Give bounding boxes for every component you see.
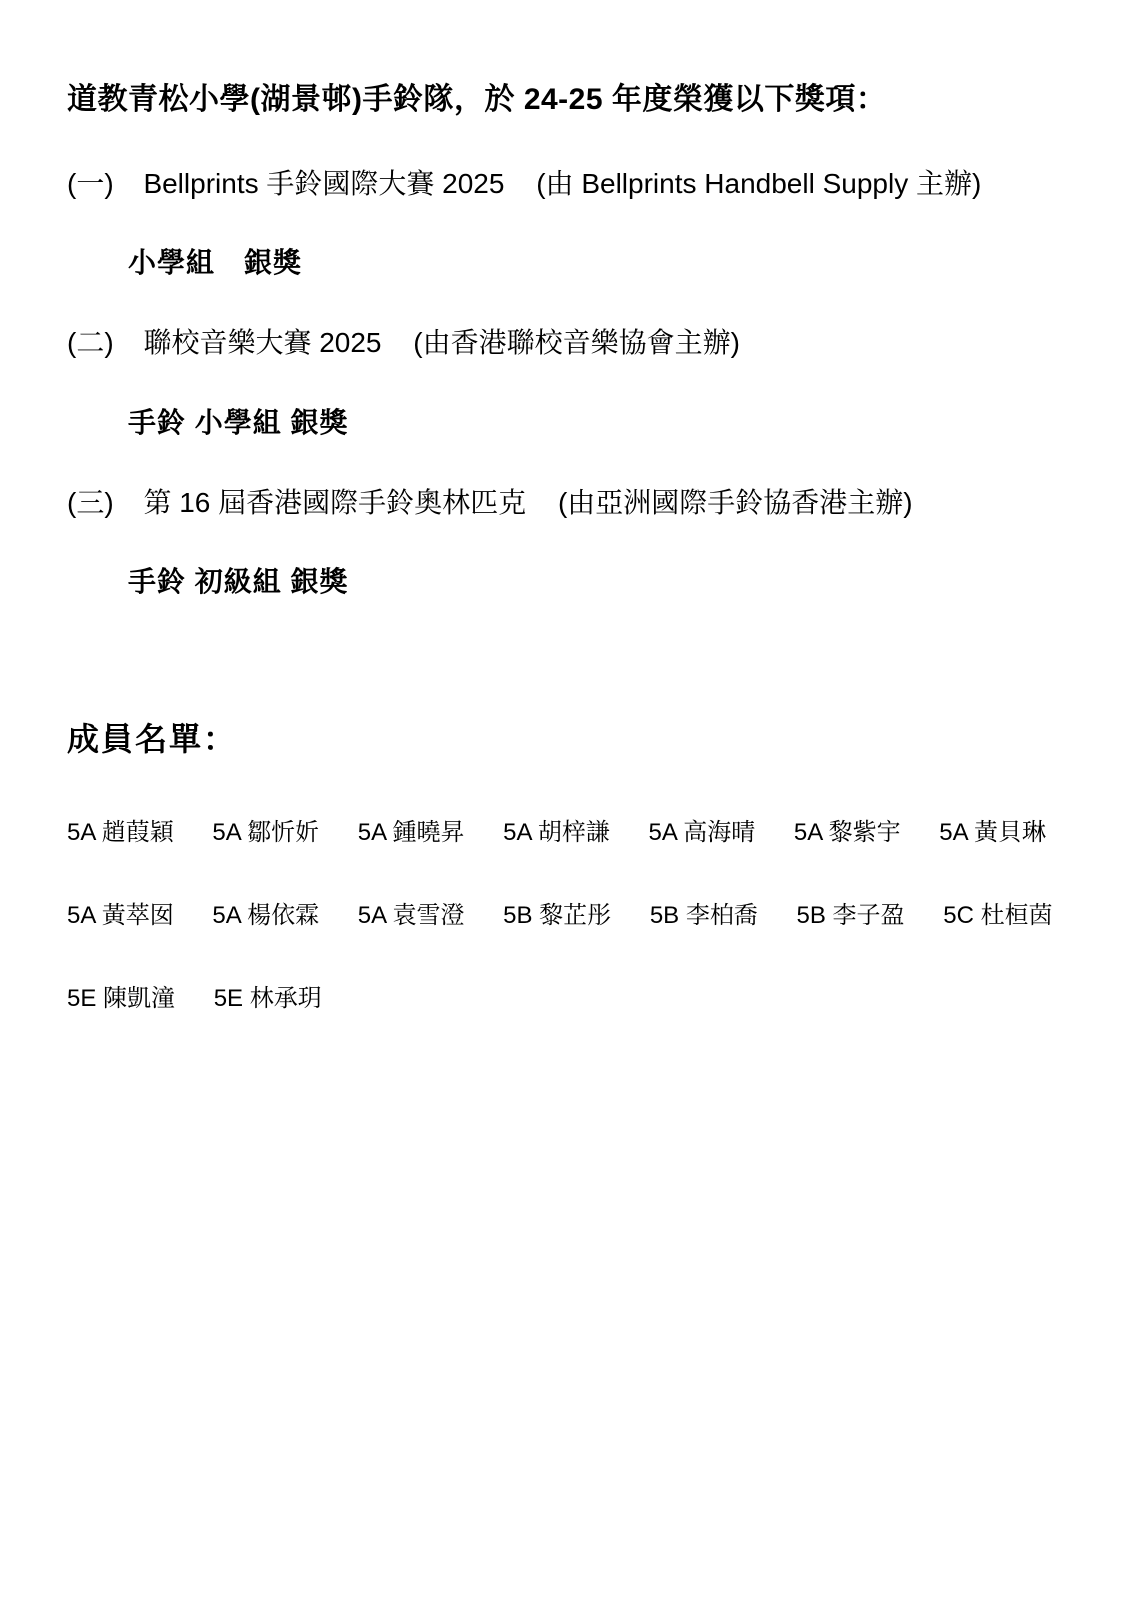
member-entry: 5C 杜桓茵 — [943, 900, 1052, 931]
member-entry: 5E 林承玥 — [214, 983, 322, 1014]
member-entry: 5A 黎紫宇 — [794, 817, 901, 848]
member-entry: 5A 袁雪澄 — [358, 900, 465, 931]
award-1-competition: Bellprints 手鈴國際大賽 2025 — [143, 168, 504, 199]
document-page: 道教青松小學(湖景邨)手鈴隊，於 24-25 年度榮獲以下獎項： (一) Bel… — [0, 0, 1131, 1600]
award-1-organizer: (由 Bellprints Handbell Supply 主辦) — [536, 165, 981, 203]
award-2-result: 手鈴 小學組 銀獎 — [128, 404, 1064, 442]
award-1-line: (一) Bellprints 手鈴國際大賽 2025 (由 Bellprints… — [67, 165, 1064, 203]
member-entry: 5A 趙葭穎 — [67, 817, 174, 848]
member-entry: 5A 鄒忻妡 — [212, 817, 319, 848]
member-row-2: 5A 黃萃囡 5A 楊依霖 5A 袁雪澄 5B 黎芷彤 5B 李柏喬 5B 李子… — [67, 900, 1064, 931]
member-row-1: 5A 趙葭穎 5A 鄒忻妡 5A 鍾曉昇 5A 胡梓謙 5A 高海晴 5A 黎紫… — [67, 817, 1064, 848]
member-entry: 5B 李子盈 — [797, 900, 905, 931]
member-entry: 5E 陳凱潼 — [67, 983, 175, 1014]
member-entry: 5A 黃萃囡 — [67, 900, 174, 931]
award-3-competition: 第 16 屆香港國際手鈴奧林匹克 — [143, 487, 526, 518]
member-entry: 5B 黎芷彤 — [503, 900, 611, 931]
award-3-line: (三) 第 16 屆香港國際手鈴奧林匹克 (由亞洲國際手鈴協香港主辦) — [67, 484, 1064, 522]
member-entry: 5A 黃貝琳 — [939, 817, 1046, 848]
document-title: 道教青松小學(湖景邨)手鈴隊，於 24-25 年度榮獲以下獎項： — [67, 80, 1064, 121]
award-1-result: 小學組 銀獎 — [128, 244, 1064, 282]
member-entry: 5A 高海晴 — [649, 817, 756, 848]
award-1-number: (一) — [67, 165, 114, 203]
award-3-organizer: (由亞洲國際手鈴協香港主辦) — [558, 484, 913, 522]
award-3-result: 手鈴 初級組 銀獎 — [128, 563, 1064, 601]
award-2-line: (二) 聯校音樂大賽 2025 (由香港聯校音樂協會主辦) — [67, 324, 1064, 362]
award-3-number: (三) — [67, 484, 114, 522]
member-entry: 5A 楊依霖 — [212, 900, 319, 931]
member-entry: 5A 鍾曉昇 — [358, 817, 465, 848]
award-2-organizer: (由香港聯校音樂協會主辦) — [413, 324, 740, 362]
member-row-3: 5E 陳凱潼 5E 林承玥 — [67, 983, 1064, 1014]
member-entry: 5A 胡梓謙 — [503, 817, 610, 848]
award-2-number: (二) — [67, 324, 114, 362]
award-2-competition: 聯校音樂大賽 2025 — [143, 327, 381, 358]
members-heading: 成員名單： — [67, 719, 1064, 761]
member-entry: 5B 李柏喬 — [650, 900, 758, 931]
